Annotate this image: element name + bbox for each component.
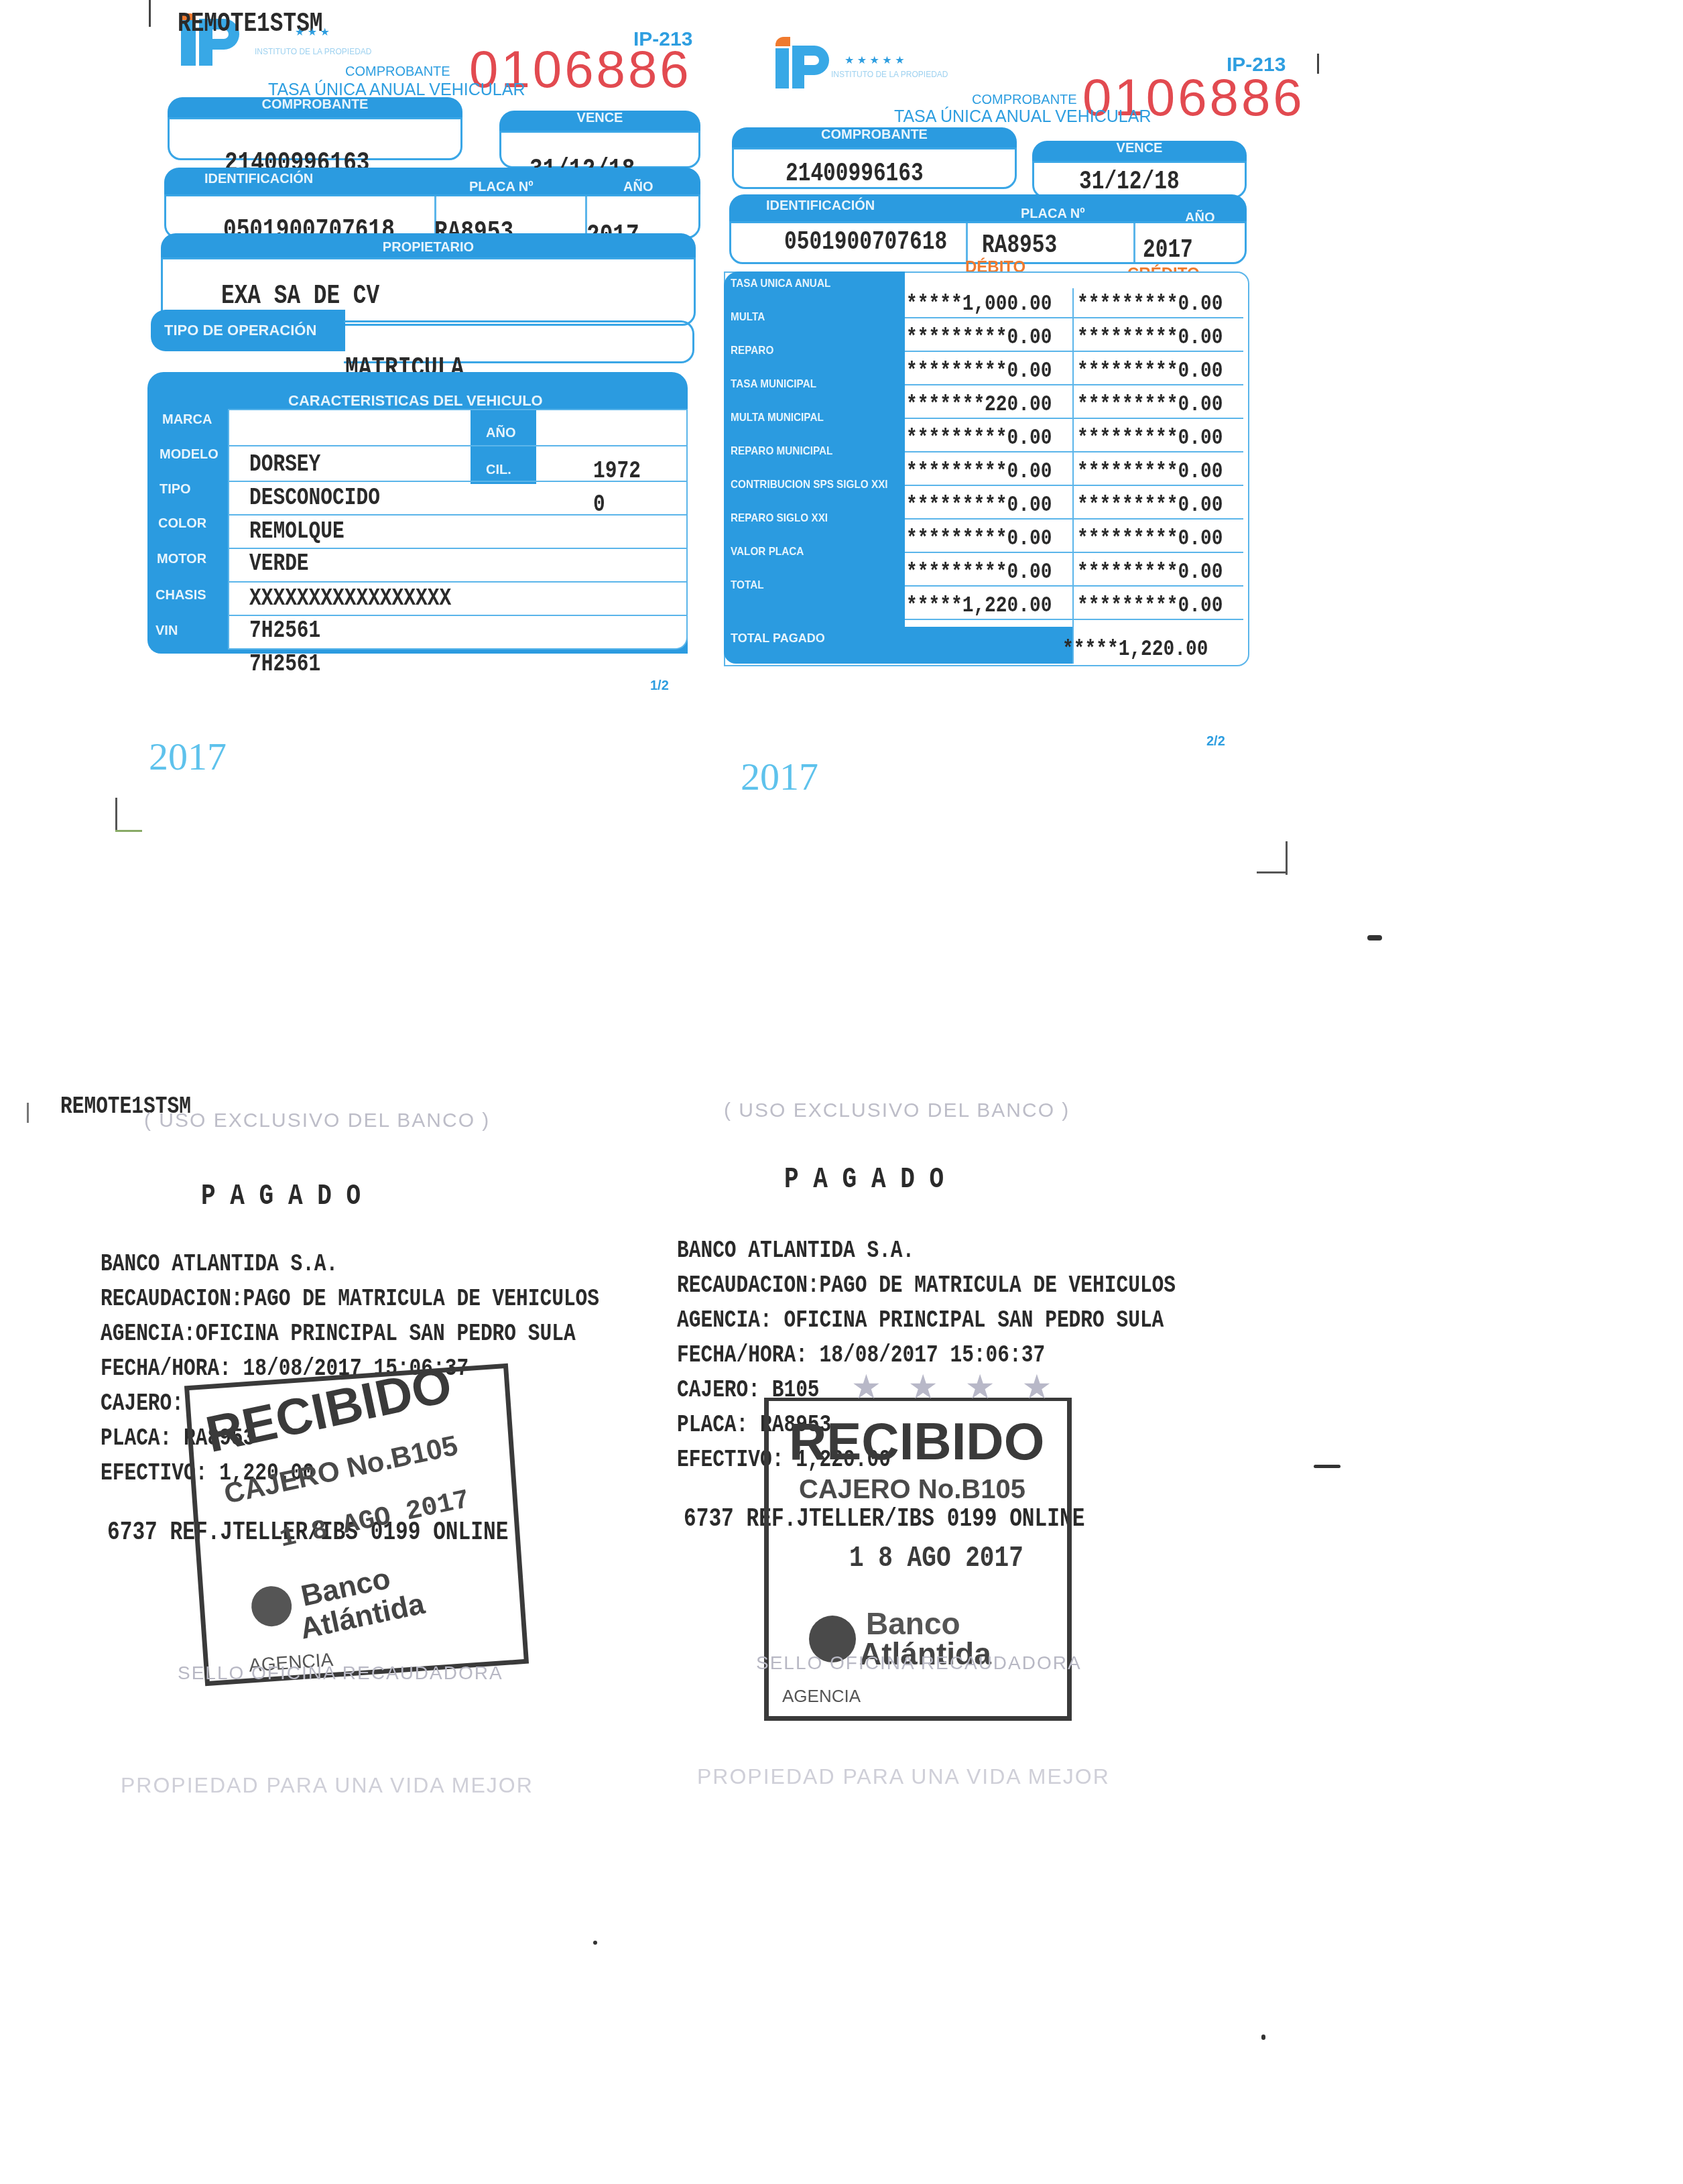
charge-debito: *********0.00 (906, 493, 1052, 518)
total-pagado-value: *****1,220.00 (1062, 637, 1208, 662)
bank-use-label: ( USO EXCLUSIVO DEL BANCO ) (144, 1109, 490, 1132)
charge-credito: *********0.00 (1077, 493, 1223, 518)
scan-mark (1317, 54, 1319, 74)
paid-status: P A G A D O (784, 1163, 944, 1197)
vence-value: 31/12/18 (1079, 168, 1180, 196)
form-right: ★ ★ ★ ★ ★ INSTITUTO DE LA PROPIEDAD IP-2… (710, 0, 1381, 885)
charge-label: REPARO SIGLO XXI (731, 511, 828, 525)
vehicle-vin: 7H2561 (249, 617, 320, 644)
receipt-line: RECAUDACION:PAGO DE MATRICULA DE VEHICUL… (101, 1285, 599, 1313)
charge-debito: *********0.00 (906, 459, 1052, 485)
charge-debito: *********0.00 (906, 325, 1052, 351)
charge-label: REPARO MUNICIPAL (731, 444, 832, 458)
charge-debito: *****1,000.00 (906, 292, 1052, 317)
scan-speck (593, 1941, 597, 1945)
scan-mark (27, 1103, 29, 1123)
row-divider (905, 384, 1243, 385)
receipt-left: REMOTE1STSM ( USO EXCLUSIVO DEL BANCO ) … (0, 1073, 670, 1810)
vehicle-extra: 7H2561 (249, 650, 320, 678)
receipt-line: BANCO ATLANTIDA S.A. (677, 1237, 914, 1264)
comprobante-value: 21400996163 (786, 160, 924, 188)
year-stamp: 2017 (741, 754, 818, 799)
page-indicator: 1/2 (650, 678, 669, 694)
institution-stars: ★ ★ ★ (295, 25, 330, 39)
vehicle-chasis: XXXXXXXXXXXXXXXXX (249, 585, 451, 612)
vehicle-cil: 0 (593, 491, 605, 518)
stamp-agency: AGENCIA (782, 1686, 861, 1707)
scan-speck (1261, 2035, 1265, 2040)
stamp-date: 1 8 AGO 2017 (849, 1542, 1023, 1575)
charge-label: TASA UNICA ANUAL (731, 277, 830, 290)
row-divider (905, 485, 1243, 486)
charge-label: CONTRIBUCION SPS SIGLO XXI (731, 478, 888, 491)
row-divider (905, 451, 1243, 452)
crop-mark (1286, 841, 1288, 875)
institution-name: INSTITUTO DE LA PROPIEDAD (831, 70, 948, 79)
charge-label: MULTA (731, 310, 765, 324)
receipt-line: AGENCIA: OFICINA PRINCIPAL SAN PEDRO SUL… (677, 1307, 1164, 1334)
charge-debito: *********0.00 (906, 560, 1052, 585)
seal-label: SELLO OFICINA RECAUDADORA (756, 1652, 1082, 1674)
charge-debito: *********0.00 (906, 526, 1052, 552)
charge-credito: *********0.00 (1077, 292, 1223, 317)
charge-debito: *********0.00 (906, 426, 1052, 451)
row-divider (905, 351, 1243, 352)
institution-name: INSTITUTO DE LA PROPIEDAD (255, 47, 371, 56)
charge-debito: *****1,220.00 (906, 593, 1052, 619)
bank-use-label: ( USO EXCLUSIVO DEL BANCO ) (724, 1099, 1070, 1122)
vehicle-tipo: DESCONOCIDO (249, 484, 380, 511)
comprobante-caption: COMPROBANTE (345, 64, 450, 80)
row-divider (905, 585, 1243, 587)
receipt-line: AGENCIA:OFICINA PRINCIPAL SAN PEDRO SULA (101, 1320, 576, 1347)
total-pagado-label: TOTAL PAGADO (731, 631, 825, 646)
charge-label: MULTA MUNICIPAL (731, 411, 824, 424)
comprobante-caption: COMPROBANTE (972, 93, 1077, 108)
charge-credito: *********0.00 (1077, 325, 1223, 351)
placa-value: RA8953 (982, 231, 1057, 260)
receipt-line: FECHA/HORA: 18/08/2017 15:06:37 (677, 1341, 1045, 1369)
receipt-line: RECAUDACION:PAGO DE MATRICULA DE VEHICUL… (677, 1272, 1176, 1299)
receipt-line: CAJERO: (101, 1390, 184, 1417)
charges-table: TASA UNICA ANUAL*****1,000.00*********0.… (724, 271, 1247, 664)
receipt-line: BANCO ATLANTIDA S.A. (101, 1250, 338, 1278)
crop-mark (115, 830, 142, 832)
stamp-title: RECIBIDO (789, 1411, 1044, 1472)
vehicle-modelo: DORSEY (249, 450, 320, 478)
charge-label: REPARO (731, 344, 773, 357)
charge-credito: *********0.00 (1077, 392, 1223, 418)
charge-credito: *********0.00 (1077, 459, 1223, 485)
stars-decoration: ★★★★ (851, 1368, 1078, 1406)
year-stamp: 2017 (149, 734, 227, 779)
vehicle-motor: VERDE (249, 550, 309, 577)
form-title: TASA ÚNICA ANUAL VEHICULAR (894, 107, 1151, 127)
stamp-cashier: CAJERO No.B105 (799, 1475, 1025, 1505)
scan-mark (149, 0, 151, 27)
footer-slogan: PROPIEDAD PARA UNA VIDA MEJOR (121, 1773, 534, 1798)
footer-slogan: PROPIEDAD PARA UNA VIDA MEJOR (697, 1764, 1110, 1789)
form-left: REMOTE1STSM ★ ★ ★ INSTITUTO DE LA PROPIE… (0, 0, 710, 804)
row-divider (905, 552, 1243, 553)
charge-credito: *********0.00 (1077, 560, 1223, 585)
row-divider (905, 518, 1243, 520)
charge-label: TASA MUNICIPAL (731, 377, 816, 391)
charge-label: TOTAL (731, 579, 764, 592)
vehicle-color: REMOLQUE (249, 518, 345, 545)
institution-stars: ★ ★ ★ ★ ★ (845, 54, 905, 67)
charge-debito: *********0.00 (906, 359, 1052, 384)
charge-credito: *********0.00 (1077, 593, 1223, 619)
charge-label: VALOR PLACA (731, 545, 804, 558)
crop-mark (115, 798, 117, 831)
charge-credito: *********0.00 (1077, 426, 1223, 451)
scan-speck (1367, 935, 1382, 941)
propietario-value: EXA SA DE CV (221, 282, 379, 312)
row-divider (905, 418, 1243, 419)
tipo-operacion-label-bg: TIPO DE OPERACIÓN (151, 310, 345, 351)
charge-credito: *********0.00 (1077, 359, 1223, 384)
anio-value: 2017 (1143, 236, 1193, 265)
row-divider (905, 317, 1243, 318)
scan-speck (1314, 1465, 1341, 1468)
ip-logo-icon (772, 34, 839, 94)
paid-status: P A G A D O (201, 1180, 361, 1213)
stamp-date: 1 8 AGO 2017 (277, 1485, 473, 1555)
received-stamp: RECIBIDO CAJERO No.B105 1 8 AGO 2017 Ban… (184, 1363, 529, 1687)
seal-label: SELLO OFICINA RECAUDADORA (178, 1662, 503, 1684)
page-indicator: 2/2 (1206, 734, 1225, 749)
row-divider (905, 619, 1243, 620)
bank-logo-icon (250, 1585, 293, 1628)
vehicle-anio: 1972 (593, 457, 641, 485)
receipt-right: ( USO EXCLUSIVO DEL BANCO ) P A G A D O … (657, 1073, 1260, 1810)
identificacion-value: 0501900707618 (784, 228, 947, 257)
crop-mark (1257, 871, 1287, 873)
charge-debito: *******220.00 (906, 392, 1052, 418)
charge-credito: *********0.00 (1077, 526, 1223, 552)
